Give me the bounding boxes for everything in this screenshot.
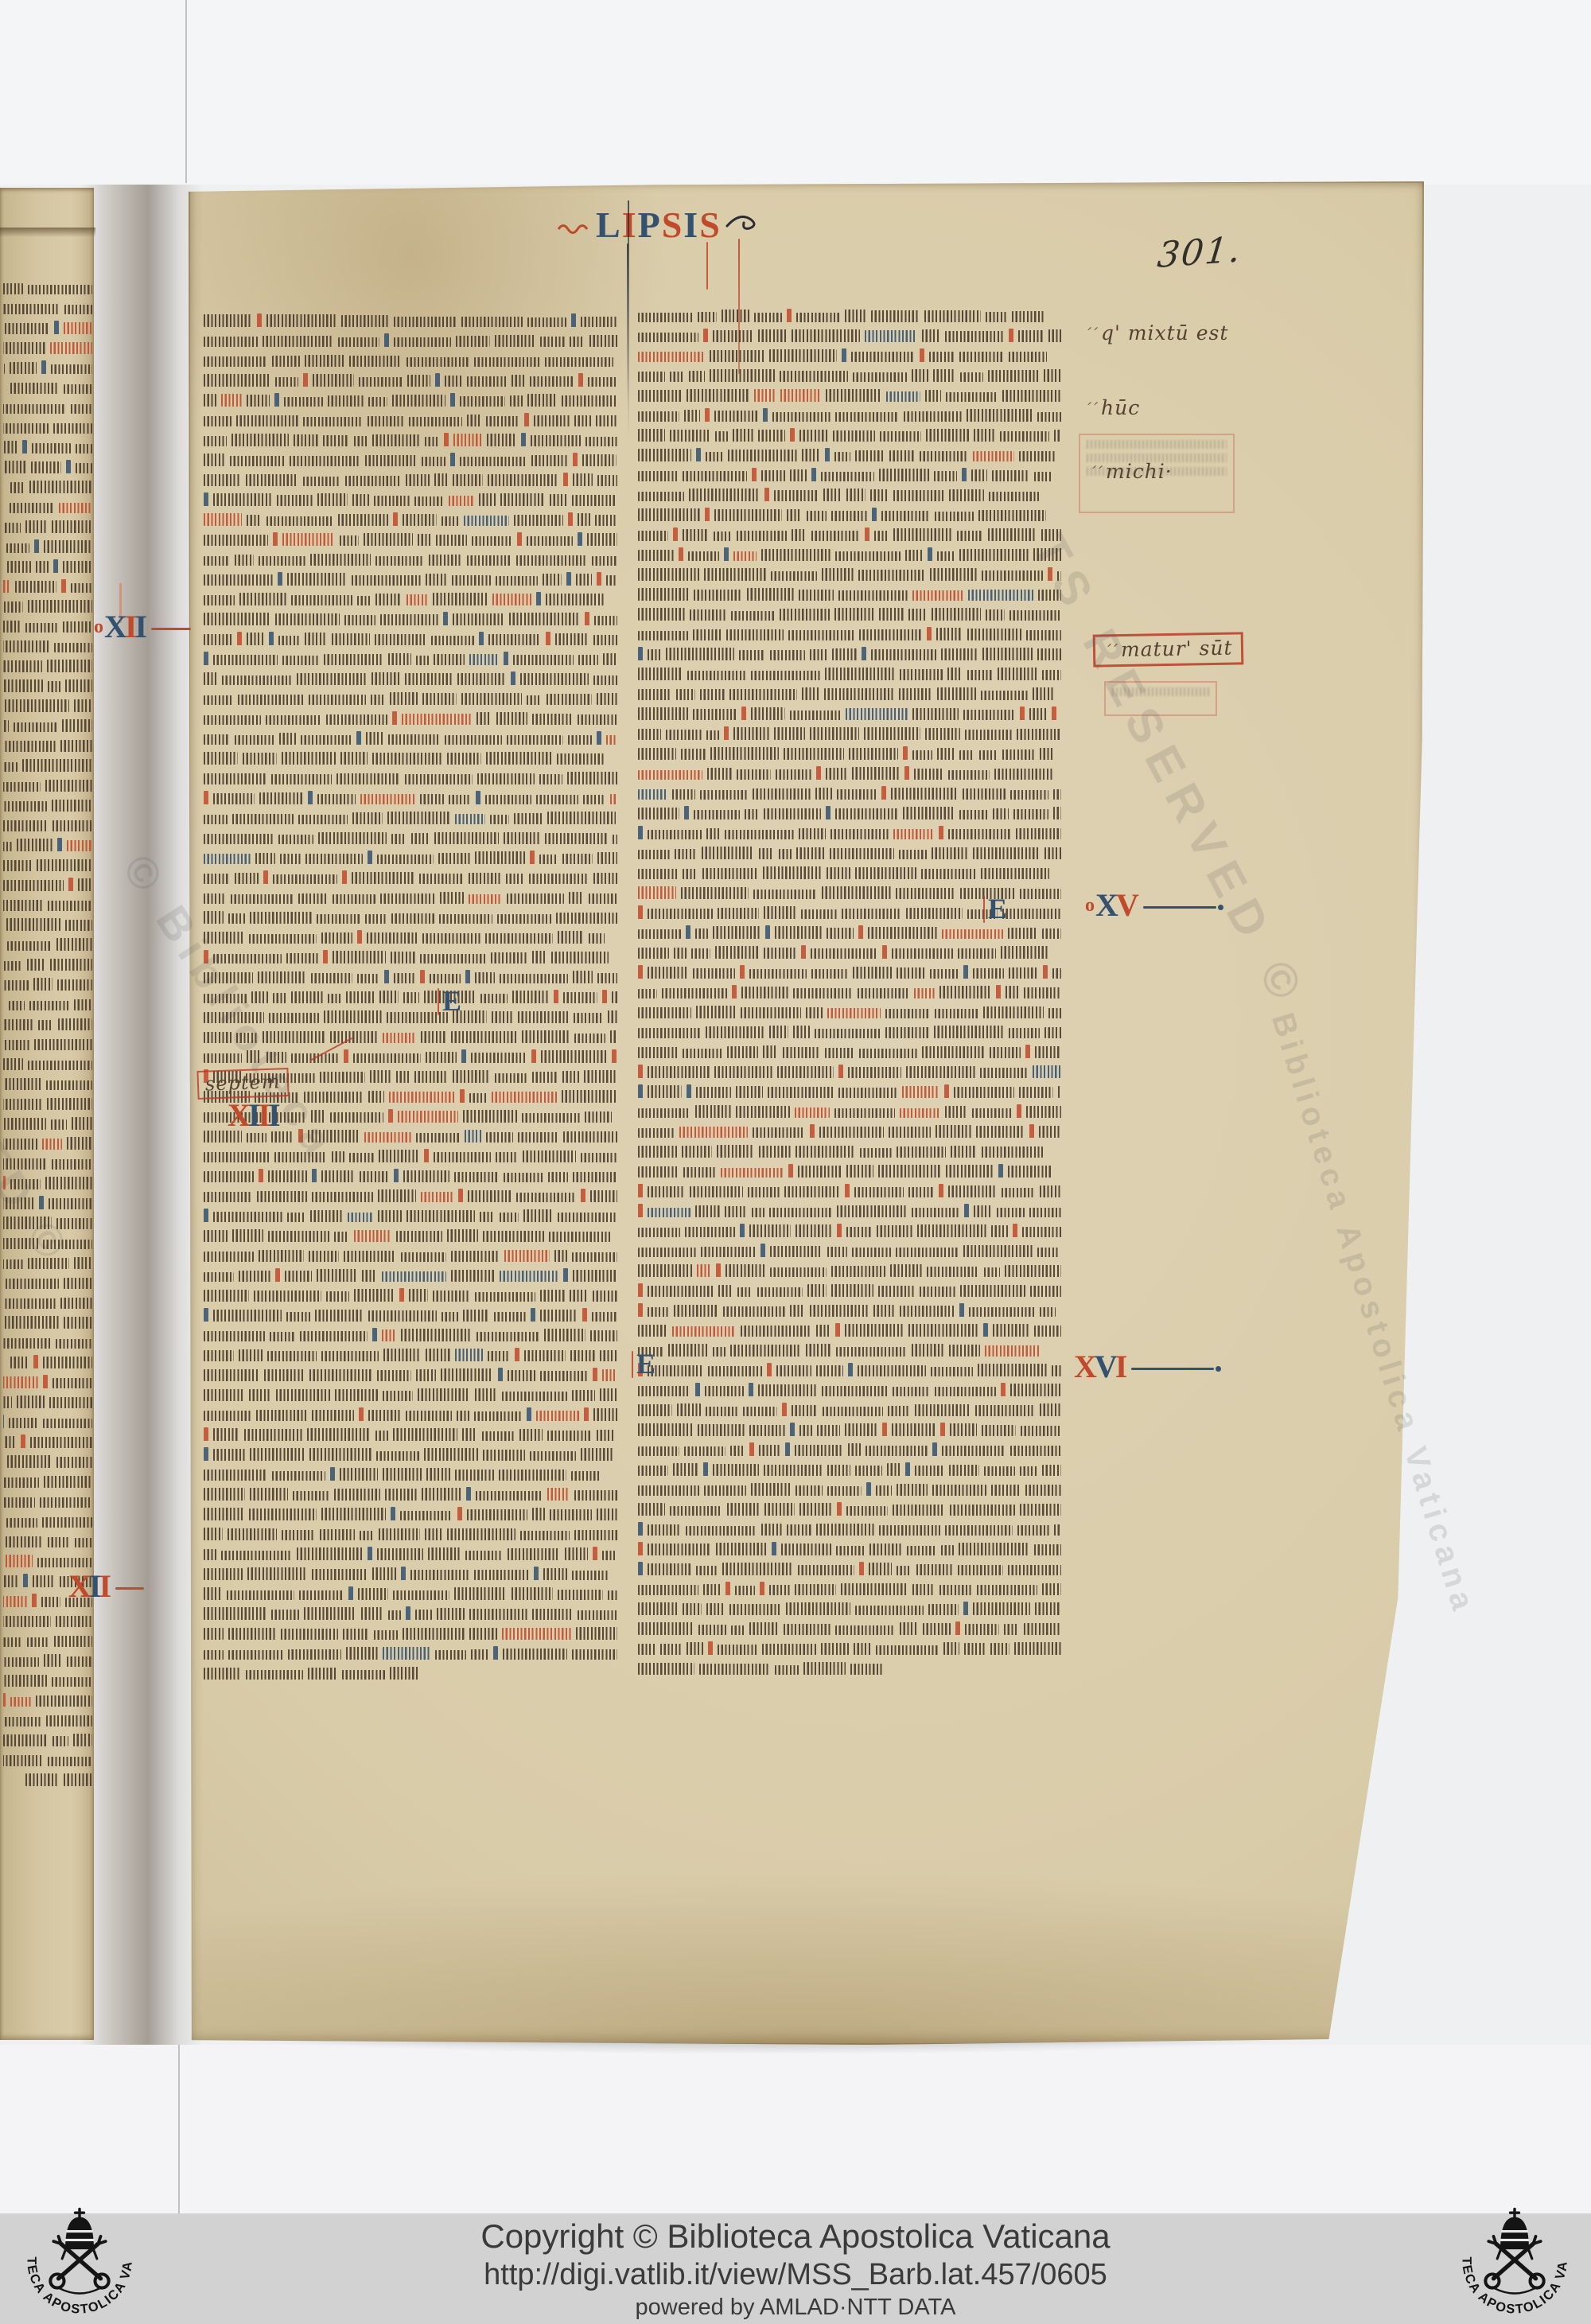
script-word bbox=[958, 1565, 1003, 1575]
script-word bbox=[387, 812, 450, 824]
script-word bbox=[426, 1052, 457, 1063]
script-word bbox=[741, 1325, 811, 1337]
script-word bbox=[855, 1466, 882, 1476]
script-word bbox=[922, 329, 940, 342]
script-word bbox=[723, 1306, 785, 1317]
manuscript-text-line bbox=[204, 605, 617, 625]
rubricated-mark bbox=[461, 1049, 466, 1063]
rubricated-mark bbox=[568, 512, 573, 526]
script-word bbox=[660, 1644, 682, 1655]
script-word bbox=[787, 509, 802, 521]
script-word bbox=[442, 516, 459, 526]
script-word bbox=[891, 788, 958, 800]
script-word bbox=[6, 543, 29, 553]
script-word bbox=[638, 1108, 690, 1118]
rubricated-mark bbox=[638, 1283, 643, 1297]
script-word bbox=[1033, 687, 1055, 700]
script-word bbox=[878, 1286, 915, 1297]
script-word bbox=[914, 769, 943, 780]
script-word bbox=[879, 1525, 940, 1536]
script-word bbox=[276, 1389, 330, 1401]
rubricated-mark bbox=[524, 413, 529, 426]
script-word bbox=[972, 1108, 1012, 1118]
rubricated-mark bbox=[1025, 1045, 1030, 1058]
script-word bbox=[36, 561, 49, 573]
script-word bbox=[305, 854, 363, 864]
script-word bbox=[1035, 1046, 1061, 1058]
script-word bbox=[455, 1349, 483, 1361]
script-word bbox=[365, 914, 387, 924]
manuscript-text-line bbox=[3, 1667, 92, 1687]
script-word bbox=[602, 1551, 617, 1560]
script-word bbox=[25, 1773, 59, 1786]
script-word bbox=[960, 372, 983, 382]
script-word bbox=[893, 528, 952, 541]
rubricated-mark bbox=[928, 547, 932, 561]
script-word bbox=[453, 474, 483, 486]
script-word bbox=[17, 1396, 45, 1408]
rubricated-mark bbox=[458, 1189, 463, 1202]
script-word bbox=[3, 461, 26, 473]
script-word bbox=[394, 317, 457, 327]
rubricated-mark bbox=[274, 393, 279, 407]
script-word bbox=[495, 1073, 527, 1083]
script-word bbox=[204, 416, 231, 426]
script-word bbox=[375, 594, 402, 605]
script-word bbox=[348, 1213, 373, 1222]
script-word bbox=[1034, 1325, 1061, 1337]
script-word bbox=[833, 430, 875, 442]
script-word bbox=[937, 687, 976, 700]
rubricated-mark bbox=[816, 766, 821, 780]
script-word bbox=[982, 648, 1033, 660]
script-word bbox=[703, 1584, 721, 1595]
script-word bbox=[304, 1607, 356, 1620]
script-word bbox=[682, 1146, 712, 1158]
script-word bbox=[303, 417, 363, 426]
manuscript-text-line bbox=[638, 660, 1061, 680]
script-word bbox=[638, 1386, 690, 1396]
script-word bbox=[562, 1090, 616, 1103]
manuscript-text-line bbox=[3, 1468, 92, 1488]
script-word bbox=[31, 461, 61, 473]
rubricated-mark bbox=[845, 1184, 850, 1197]
manuscript-text-line bbox=[638, 1357, 1061, 1376]
manuscript-text-line bbox=[3, 613, 92, 633]
script-word bbox=[364, 1132, 411, 1143]
script-word bbox=[281, 1629, 338, 1640]
script-word bbox=[769, 1026, 788, 1038]
script-word bbox=[33, 1575, 55, 1587]
script-word bbox=[378, 1189, 416, 1202]
script-word bbox=[298, 815, 348, 824]
rubricated-mark bbox=[406, 1606, 410, 1620]
rubricated-mark bbox=[450, 453, 455, 466]
script-word bbox=[994, 769, 1052, 780]
script-word bbox=[275, 377, 298, 387]
manuscript-text-line bbox=[204, 1600, 617, 1620]
manuscript-text-line bbox=[3, 692, 92, 712]
manuscript-text-line bbox=[638, 1615, 1061, 1635]
script-word bbox=[392, 395, 445, 407]
script-word bbox=[825, 1048, 854, 1058]
rubricated-mark bbox=[32, 1594, 37, 1607]
script-word bbox=[3, 1040, 29, 1050]
script-word bbox=[721, 1168, 784, 1178]
script-word bbox=[527, 317, 566, 327]
rubricated-mark bbox=[563, 473, 568, 486]
script-word bbox=[64, 1317, 92, 1329]
script-word bbox=[675, 849, 697, 859]
script-word bbox=[801, 909, 837, 919]
script-word bbox=[28, 285, 92, 294]
script-word bbox=[638, 390, 682, 402]
script-word bbox=[303, 477, 340, 486]
script-word bbox=[401, 1252, 446, 1262]
script-word bbox=[254, 1290, 321, 1302]
manuscript-text-line bbox=[204, 884, 617, 904]
script-word bbox=[332, 1151, 344, 1162]
script-word bbox=[710, 350, 764, 362]
script-word bbox=[50, 342, 92, 354]
script-word bbox=[763, 1045, 778, 1058]
script-word bbox=[204, 1508, 244, 1520]
script-word bbox=[352, 575, 421, 586]
script-word bbox=[674, 948, 687, 959]
script-word bbox=[407, 357, 469, 367]
script-word bbox=[78, 878, 92, 891]
rubricated-mark bbox=[732, 985, 737, 999]
script-word bbox=[799, 1503, 832, 1516]
script-word bbox=[330, 1112, 383, 1123]
rubricated-mark bbox=[391, 1507, 395, 1520]
script-word bbox=[520, 1531, 570, 1540]
script-word bbox=[416, 656, 429, 665]
script-word bbox=[10, 1697, 31, 1707]
script-word bbox=[871, 310, 920, 322]
script-word bbox=[204, 535, 268, 546]
script-word bbox=[379, 1150, 419, 1162]
script-word bbox=[536, 1411, 579, 1421]
rubricated-mark bbox=[204, 1427, 208, 1441]
script-word bbox=[545, 357, 613, 367]
rubricated-mark bbox=[638, 1065, 643, 1078]
script-word bbox=[603, 653, 617, 665]
script-word bbox=[3, 1436, 16, 1448]
script-word bbox=[687, 389, 749, 402]
script-word bbox=[440, 892, 464, 904]
rubricated-mark bbox=[66, 460, 71, 473]
script-word bbox=[1044, 369, 1061, 382]
rubricated-mark bbox=[903, 746, 908, 760]
script-word bbox=[204, 394, 216, 407]
rubricated-mark bbox=[530, 851, 535, 864]
rubricated-mark bbox=[204, 1209, 208, 1222]
manuscript-text-line bbox=[3, 1508, 92, 1528]
script-word bbox=[287, 1213, 305, 1222]
rubricated-mark bbox=[740, 965, 745, 979]
script-word bbox=[713, 1347, 725, 1357]
script-word bbox=[514, 515, 563, 526]
manuscript-text-line bbox=[3, 812, 92, 831]
script-word bbox=[447, 1229, 478, 1242]
script-word bbox=[638, 1128, 675, 1138]
rubricated-mark bbox=[944, 1084, 949, 1098]
script-word bbox=[733, 551, 757, 561]
script-word bbox=[48, 901, 92, 911]
manuscript-text-line bbox=[204, 1162, 617, 1182]
script-word bbox=[346, 991, 375, 1003]
script-word bbox=[729, 1604, 781, 1615]
script-word bbox=[967, 629, 1021, 640]
script-word bbox=[25, 623, 58, 633]
script-word bbox=[340, 1468, 378, 1481]
script-word bbox=[451, 1251, 500, 1262]
script-word bbox=[452, 575, 491, 586]
script-word bbox=[344, 1251, 396, 1262]
bleedthrough-text-line bbox=[1087, 454, 1227, 462]
script-word bbox=[764, 1465, 823, 1476]
script-word bbox=[638, 411, 679, 422]
script-word bbox=[267, 1351, 317, 1361]
script-word bbox=[1004, 1624, 1019, 1635]
rubricated-mark bbox=[61, 579, 66, 593]
script-word bbox=[565, 1547, 588, 1560]
text-column-2 bbox=[638, 302, 1061, 1675]
rubricated-mark bbox=[963, 965, 968, 979]
script-word bbox=[795, 1108, 830, 1118]
script-word bbox=[460, 457, 527, 466]
script-word bbox=[638, 1264, 692, 1277]
script-word bbox=[463, 1310, 489, 1322]
script-word bbox=[514, 813, 543, 824]
script-word bbox=[500, 1271, 558, 1282]
rubricated-mark bbox=[257, 313, 262, 327]
script-word bbox=[594, 616, 617, 625]
script-word bbox=[741, 1007, 801, 1018]
script-word bbox=[388, 734, 440, 745]
script-word bbox=[422, 457, 445, 466]
script-word bbox=[823, 489, 842, 501]
script-word bbox=[73, 1734, 92, 1746]
script-word bbox=[547, 694, 592, 705]
rubricated-mark bbox=[612, 1049, 617, 1063]
script-word bbox=[768, 1087, 834, 1098]
script-word bbox=[585, 1111, 612, 1123]
script-word bbox=[810, 727, 859, 740]
script-word bbox=[532, 1609, 573, 1620]
script-word bbox=[696, 1566, 718, 1575]
bleedthrough-text-line bbox=[1087, 467, 1227, 476]
script-word bbox=[578, 1610, 617, 1620]
script-word bbox=[290, 456, 360, 466]
script-word bbox=[288, 1649, 341, 1660]
script-word bbox=[3, 679, 43, 692]
rubricated-mark bbox=[687, 1084, 691, 1098]
script-word bbox=[291, 991, 323, 1003]
script-word bbox=[912, 369, 928, 382]
script-word bbox=[666, 730, 702, 740]
script-word bbox=[869, 1563, 892, 1575]
script-word bbox=[888, 1406, 910, 1416]
rubricated-mark bbox=[638, 1542, 643, 1555]
script-word bbox=[676, 689, 695, 700]
script-word bbox=[823, 1407, 883, 1416]
script-word bbox=[334, 1489, 380, 1501]
script-word bbox=[892, 948, 953, 959]
script-word bbox=[3, 1058, 23, 1070]
script-word bbox=[249, 1508, 317, 1520]
script-word bbox=[424, 1448, 478, 1461]
script-word bbox=[294, 434, 318, 446]
script-word bbox=[1048, 329, 1061, 342]
script-word bbox=[382, 1271, 446, 1282]
script-word bbox=[529, 874, 589, 884]
script-word bbox=[9, 1001, 25, 1010]
script-word bbox=[821, 472, 874, 481]
script-word bbox=[454, 1172, 499, 1182]
rubricated-mark bbox=[790, 428, 795, 442]
rubricated-mark bbox=[638, 1522, 643, 1536]
script-word bbox=[46, 1715, 92, 1726]
script-word bbox=[352, 812, 383, 824]
script-word bbox=[648, 649, 661, 660]
running-title-letter: S bbox=[699, 207, 722, 243]
rubricated-mark bbox=[904, 766, 909, 780]
manuscript-text-line bbox=[3, 1289, 92, 1309]
script-word bbox=[415, 1610, 432, 1620]
script-word bbox=[932, 1485, 986, 1496]
script-word bbox=[638, 1602, 678, 1615]
script-word bbox=[341, 315, 389, 327]
script-word bbox=[349, 356, 402, 367]
running-title-letter: S bbox=[662, 207, 684, 243]
manuscript-text-line bbox=[3, 513, 92, 533]
script-word bbox=[900, 1108, 940, 1118]
rubricated-mark bbox=[420, 970, 425, 983]
manuscript-text-line bbox=[3, 1448, 92, 1468]
script-word bbox=[1025, 1485, 1061, 1496]
script-word bbox=[751, 707, 785, 720]
script-word bbox=[266, 516, 333, 526]
script-word bbox=[496, 576, 538, 586]
script-word bbox=[816, 1365, 843, 1376]
script-word bbox=[889, 450, 915, 461]
script-word bbox=[806, 1007, 823, 1018]
script-word bbox=[374, 1630, 398, 1640]
script-word bbox=[1040, 1185, 1061, 1197]
script-word bbox=[978, 510, 1046, 521]
script-word bbox=[942, 929, 1003, 939]
script-word bbox=[638, 1325, 667, 1337]
manuscript-text-line bbox=[3, 1269, 92, 1289]
script-word bbox=[247, 1133, 266, 1143]
manuscript-text-line bbox=[3, 951, 92, 971]
manuscript-text-line bbox=[204, 506, 617, 526]
script-word bbox=[758, 329, 787, 342]
script-word bbox=[3, 1675, 47, 1687]
script-word bbox=[328, 994, 341, 1003]
script-word bbox=[819, 1127, 884, 1138]
rubricated-mark bbox=[837, 1224, 842, 1237]
manuscript-text-line bbox=[638, 1476, 1061, 1496]
previous-page-text-strip bbox=[3, 274, 92, 1786]
manuscript-text-line bbox=[638, 1118, 1061, 1138]
script-word bbox=[670, 372, 684, 382]
rubricated-mark bbox=[450, 393, 455, 407]
script-word bbox=[360, 1531, 374, 1540]
rubricated-mark bbox=[838, 1065, 843, 1078]
script-word bbox=[834, 1108, 895, 1118]
script-word bbox=[354, 436, 368, 446]
rubricated-mark bbox=[962, 468, 967, 481]
script-word bbox=[45, 780, 92, 792]
manuscript-text-line bbox=[638, 302, 1061, 322]
script-word bbox=[530, 1451, 576, 1461]
script-word bbox=[1024, 987, 1061, 999]
script-word bbox=[795, 1146, 855, 1158]
script-word bbox=[434, 832, 499, 844]
script-word bbox=[990, 1047, 1021, 1058]
script-word bbox=[849, 748, 898, 760]
script-word bbox=[204, 337, 258, 347]
script-word bbox=[228, 1628, 276, 1640]
script-word bbox=[403, 514, 437, 526]
script-word bbox=[477, 1332, 539, 1341]
script-word bbox=[795, 1224, 832, 1237]
script-word bbox=[256, 1410, 307, 1421]
script-word bbox=[269, 1013, 319, 1023]
rubricated-mark bbox=[765, 925, 770, 939]
script-word bbox=[745, 809, 759, 819]
script-word bbox=[418, 1388, 470, 1401]
script-word bbox=[896, 888, 955, 899]
script-word bbox=[204, 854, 251, 864]
script-word bbox=[336, 773, 400, 784]
script-word bbox=[948, 829, 1011, 839]
rubricated-mark bbox=[476, 791, 480, 804]
script-word bbox=[518, 1011, 569, 1023]
script-word bbox=[935, 512, 974, 521]
script-word bbox=[638, 1404, 672, 1416]
script-word bbox=[519, 1429, 543, 1441]
script-word bbox=[638, 313, 693, 322]
script-word bbox=[321, 1170, 355, 1182]
rubricated-mark bbox=[323, 950, 328, 963]
script-word bbox=[935, 1009, 978, 1018]
script-word bbox=[947, 668, 963, 680]
script-word bbox=[312, 1569, 368, 1580]
script-word bbox=[486, 752, 552, 765]
script-word bbox=[588, 377, 617, 387]
script-word bbox=[707, 768, 732, 780]
manuscript-text-line bbox=[204, 347, 617, 367]
script-word bbox=[495, 335, 535, 347]
script-word bbox=[547, 1488, 570, 1501]
manuscript-text-line bbox=[204, 1282, 617, 1302]
manuscript-text-line bbox=[204, 1401, 617, 1421]
script-word bbox=[716, 1543, 767, 1555]
manuscript-text-line bbox=[638, 1038, 1061, 1058]
manuscript-text-line bbox=[204, 327, 617, 347]
manuscript-text-line bbox=[204, 1322, 617, 1341]
script-word bbox=[670, 430, 710, 442]
script-word bbox=[550, 494, 567, 506]
chapter-marker-xvi: XVI bbox=[1074, 1351, 1214, 1383]
script-word bbox=[516, 555, 587, 566]
script-word bbox=[681, 887, 749, 899]
manuscript-text-line bbox=[638, 342, 1061, 362]
